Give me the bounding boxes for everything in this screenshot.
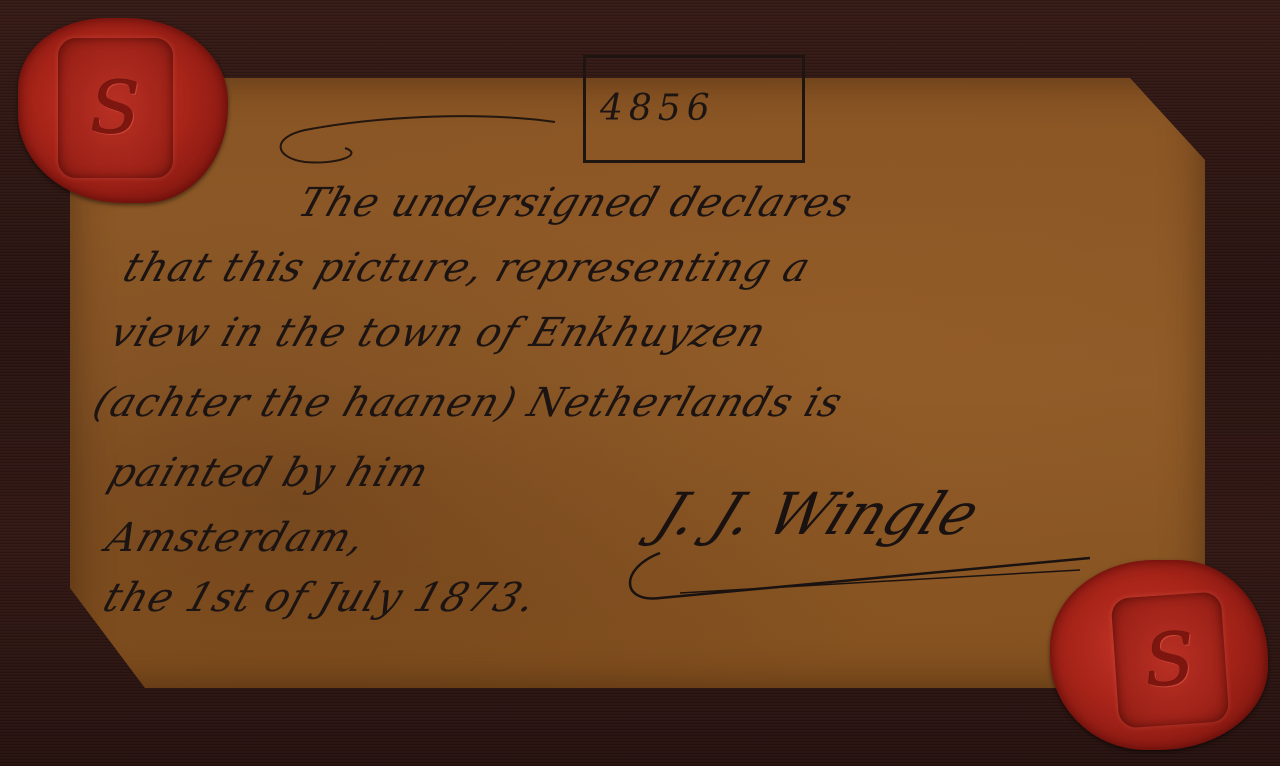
top-flourish: [265, 110, 565, 170]
text-line-2: that this picture, representing a: [118, 245, 817, 291]
wax-seal-top-left: S: [18, 18, 228, 203]
wax-seal-bottom-right: S: [1050, 560, 1268, 750]
seal-stamp-face: S: [1111, 591, 1230, 728]
text-line-6: Amsterdam,: [101, 515, 372, 561]
text-line-4: (achter the haanen) Netherlands is: [88, 380, 849, 426]
text-line-7: the 1st of July 1873.: [98, 575, 543, 621]
text-line-5: painted by him: [103, 450, 435, 496]
seal-stamp-face: S: [58, 38, 173, 178]
signature: J. J. Wingle: [646, 480, 989, 548]
seal-monogram-icon: S: [58, 66, 173, 150]
signature-underline-flourish: [620, 548, 1100, 608]
text-line-1: The undersigned declares: [293, 180, 859, 226]
seal-monogram-icon: S: [1112, 614, 1228, 705]
inventory-number: 4856: [600, 88, 790, 129]
text-line-3: view in the town of Enkhuyzen: [105, 310, 773, 356]
